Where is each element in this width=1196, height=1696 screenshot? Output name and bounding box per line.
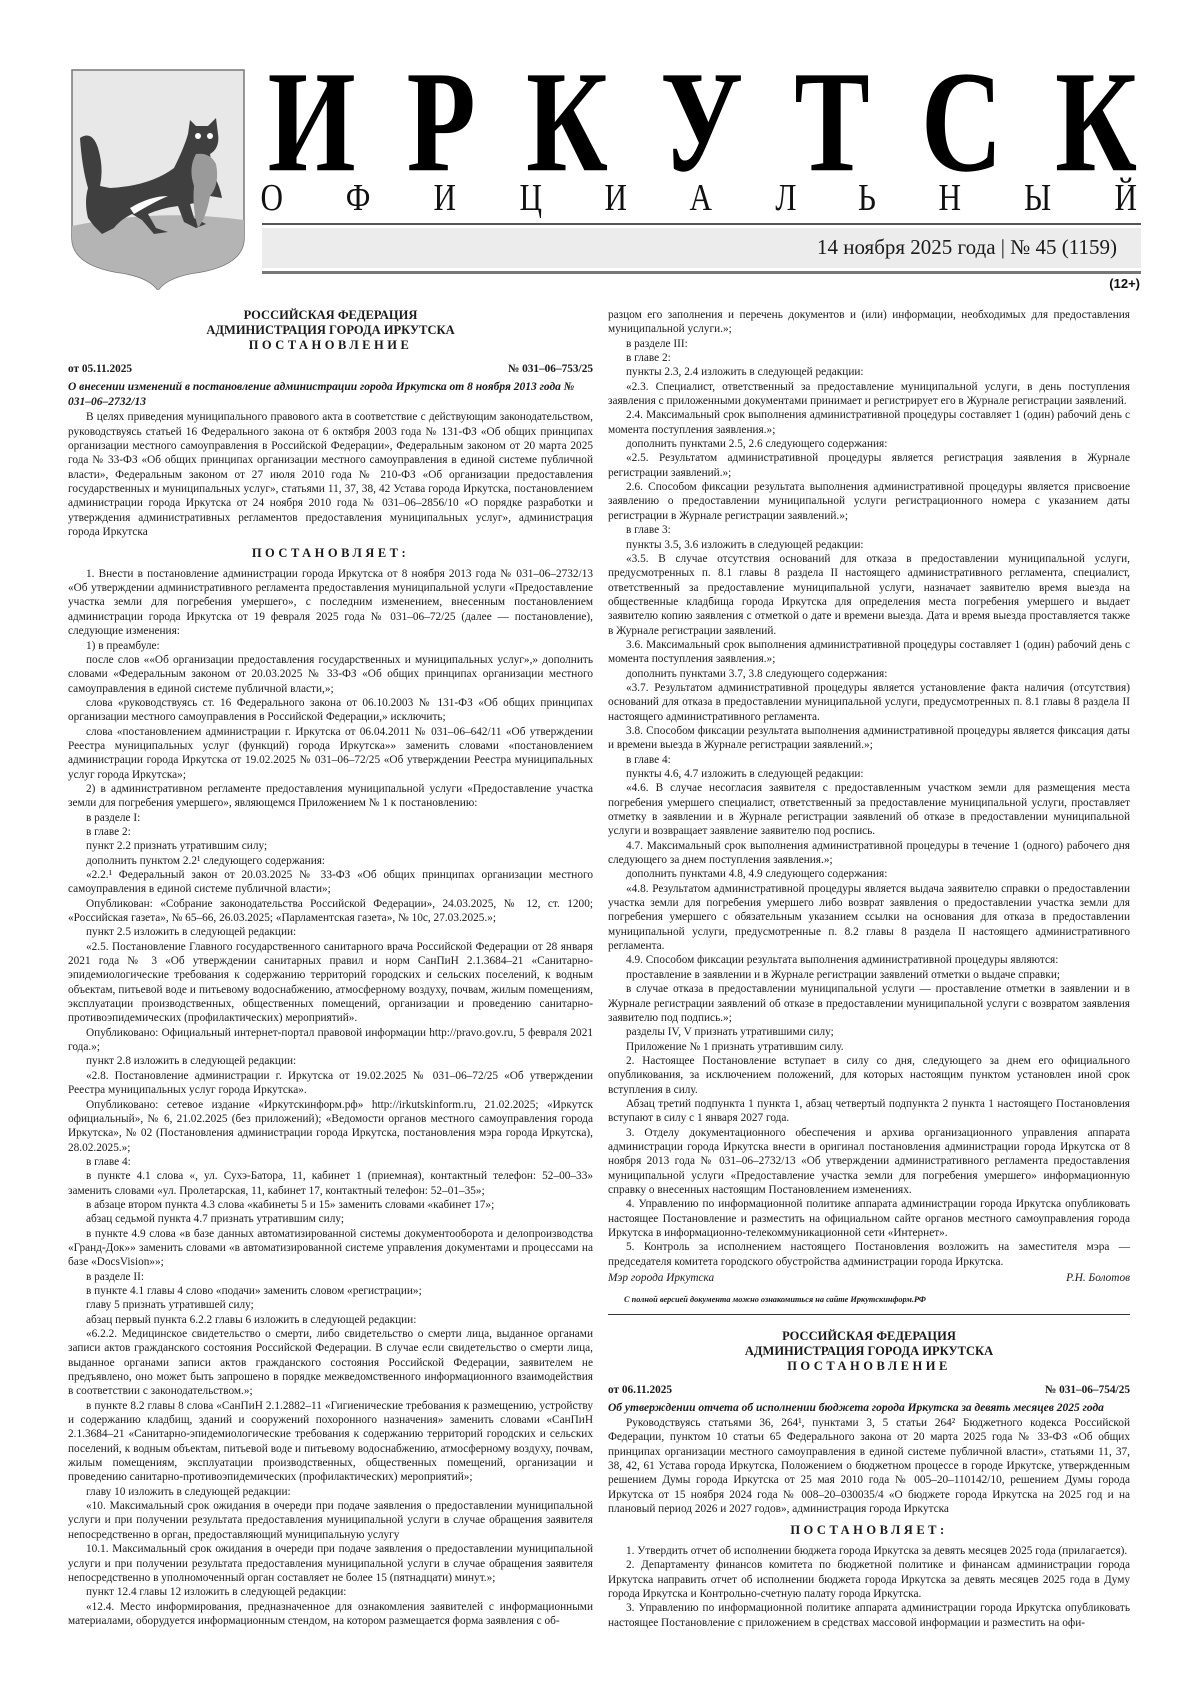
paragraph: разцом его заполнения и перечень докумен…	[608, 308, 1130, 337]
paragraph: в абзаце втором пункта 4.3 слова «кабине…	[68, 1198, 593, 1212]
paragraph: 3. Управлению по информационной политике…	[608, 1601, 1130, 1630]
paragraph: в пункте 4.1 слова «, ул. Сухэ-Батора, 1…	[68, 1169, 593, 1198]
paragraph: в разделе I:	[68, 811, 593, 825]
paragraph: в пункте 8.2 главы 8 слова «СанПиН 2.1.2…	[68, 1399, 593, 1485]
paragraph: 4.7. Максимальный срок выполнения админи…	[608, 839, 1130, 868]
doc2-meta: от 06.11.2025 № 031–06–754/25	[608, 1383, 1130, 1397]
doc1-preamble: В целях приведения муниципального правов…	[68, 410, 593, 539]
paragraph: главу 10 изложить в следующей редакции:	[68, 1485, 593, 1499]
paragraph: после слов ««Об организации предоставлен…	[68, 653, 593, 696]
paragraph: дополнить пунктами 4.8, 4.9 следующего с…	[608, 867, 1130, 881]
paragraph: 2.4. Максимальный срок выполнения админи…	[608, 408, 1130, 437]
paragraph: Опубликовано: сетевое издание «Иркутскин…	[68, 1098, 593, 1155]
paragraph: «2.2.¹ Федеральный закон от 20.03.2025 №…	[68, 868, 593, 897]
paragraph: 2. Настоящее Постановление вступает в си…	[608, 1054, 1130, 1097]
doc1-header: РОССИЙСКАЯ ФЕДЕРАЦИЯ АДМИНИСТРАЦИЯ ГОРОД…	[68, 308, 593, 353]
doc1-signature: Мэр города Иркутска Р.Н. Болотов	[608, 1271, 1130, 1285]
doc1-body-left: 1. Внести в постановление администрации …	[68, 567, 593, 1628]
age-rating: (12+)	[1109, 276, 1140, 291]
paragraph: 2. Департаменту финансов комитета по бюд…	[608, 1558, 1130, 1601]
paragraph: дополнить пунктом 2.2¹ следующего содерж…	[68, 854, 593, 868]
coat-of-arms-icon	[70, 68, 246, 290]
issue-band: 14 ноября 2025 года | № 45 (1159)	[262, 228, 1141, 268]
doc1-body-right: разцом его заполнения и перечень докумен…	[608, 308, 1130, 1269]
paragraph: «2.5. Постановление Главного государстве…	[68, 940, 593, 1026]
doc2-date: от 06.11.2025	[608, 1383, 672, 1397]
doc2-number: № 031–06–754/25	[1045, 1383, 1130, 1397]
header-rule-bottom	[262, 271, 1141, 274]
doc1-subject: О внесении изменений в постановление адм…	[68, 380, 593, 410]
doc2-body: 1. Утвердить отчет об исполнении бюджета…	[608, 1544, 1130, 1630]
doc2-header: РОССИЙСКАЯ ФЕДЕРАЦИЯ АДМИНИСТРАЦИЯ ГОРОД…	[608, 1329, 1130, 1374]
paragraph: пункт 2.5 изложить в следующей редакции:	[68, 925, 593, 939]
paragraph: «3.5. В случае отсутствия оснований для …	[608, 552, 1130, 638]
paragraph: пункты 2.3, 2.4 изложить в следующей ред…	[608, 365, 1130, 379]
paragraph: абзац первый пункта 6.2.2 главы 6 изложи…	[68, 1313, 593, 1327]
column-right: разцом его заполнения и перечень докумен…	[608, 308, 1130, 1630]
paragraph: пункты 4.6, 4.7 изложить в следующей ред…	[608, 767, 1130, 781]
paragraph: слова «руководствуясь ст. 16 Федеральног…	[68, 696, 593, 725]
paragraph: в пункте 4.9 слова «в базе данных автома…	[68, 1227, 593, 1270]
doc1-header-type: ПОСТАНОВЛЕНИЕ	[68, 338, 593, 353]
paragraph: «2.5. Результатом административной проце…	[608, 451, 1130, 480]
paragraph: пункт 2.8 изложить в следующей редакции:	[68, 1054, 593, 1068]
paragraph: в главе 2:	[608, 351, 1130, 365]
paragraph: в разделе III:	[608, 337, 1130, 351]
column-left: РОССИЙСКАЯ ФЕДЕРАЦИЯ АДМИНИСТРАЦИЯ ГОРОД…	[68, 308, 593, 1628]
doc2-header-country: РОССИЙСКАЯ ФЕДЕРАЦИЯ	[608, 1329, 1130, 1344]
paragraph: дополнить пунктами 2.5, 2.6 следующего с…	[608, 437, 1130, 451]
doc1-resolves: ПОСТАНОВЛЯЕТ:	[68, 546, 593, 560]
paragraph: Приложение № 1 признать утратившим силу.	[608, 1040, 1130, 1054]
paragraph: «2.3. Специалист, ответственный за предо…	[608, 380, 1130, 409]
header-rule-top	[262, 223, 1141, 225]
paragraph: Абзац третий подпункта 1 пункта 1, абзац…	[608, 1097, 1130, 1126]
paragraph: 1) в преамбуле:	[68, 639, 593, 653]
paragraph: 2) в административном регламенте предост…	[68, 782, 593, 811]
article-divider	[608, 1314, 1130, 1315]
full-version-note: С полной версией документа можно ознаком…	[624, 1293, 1130, 1307]
signature-role: Мэр города Иркутска	[608, 1271, 714, 1285]
paragraph: 1. Внести в постановление администрации …	[68, 567, 593, 639]
paragraph: пункт 2.2 признать утратившим силу;	[68, 839, 593, 853]
newspaper-title: ИРКУТСК	[258, 59, 1146, 185]
paragraph: в главе 4:	[608, 753, 1130, 767]
doc2-header-admin: АДМИНИСТРАЦИЯ ГОРОДА ИРКУТСКА	[608, 1344, 1130, 1359]
paragraph: 4.9. Способом фиксации результата выполн…	[608, 953, 1130, 967]
issue-date-number: 14 ноября 2025 года | № 45 (1159)	[817, 234, 1117, 260]
doc1-header-country: РОССИЙСКАЯ ФЕДЕРАЦИЯ	[68, 308, 593, 323]
paragraph: в главе 2:	[68, 825, 593, 839]
doc1-number: № 031–06–753/25	[508, 362, 593, 376]
doc2-preamble: Руководствуясь статьями 36, 264¹, пункта…	[608, 1416, 1130, 1516]
paragraph: слова «постановлением администрации г. И…	[68, 725, 593, 782]
paragraph: пункты 3.5, 3.6 изложить в следующей ред…	[608, 538, 1130, 552]
paragraph: 3.6. Максимальный срок выполнения админи…	[608, 638, 1130, 667]
paragraph: «2.8. Постановление администрации г. Ирк…	[68, 1069, 593, 1098]
paragraph: 3.8. Способом фиксации результата выполн…	[608, 724, 1130, 753]
doc1-header-admin: АДМИНИСТРАЦИЯ ГОРОДА ИРКУТСКА	[68, 323, 593, 338]
paragraph: абзац седьмой пункта 4.7 признать утрати…	[68, 1212, 593, 1226]
paragraph: «4.8. Результатом административной проце…	[608, 882, 1130, 954]
paragraph: проставление в заявлении и в Журнале рег…	[608, 968, 1130, 982]
paragraph: 5. Контроль за исполнением настоящего По…	[608, 1240, 1130, 1269]
doc2-subject: Об утверждении отчета об исполнении бюдж…	[608, 1401, 1130, 1416]
doc2-resolves: ПОСТАНОВЛЯЕТ:	[608, 1523, 1130, 1537]
paragraph: «3.7. Результатом административной проце…	[608, 681, 1130, 724]
paragraph: 10.1. Максимальный срок ожидания в очере…	[68, 1542, 593, 1585]
doc1-date: от 05.11.2025	[68, 362, 132, 376]
masthead: ИРКУТСК ОФИЦИАЛЬНЫЙ 14 ноября 2025 года …	[0, 0, 1196, 300]
paragraph: в пункте 4.1 главы 4 слово «подачи» заме…	[68, 1284, 593, 1298]
paragraph: разделы IV, V признать утратившими силу;	[608, 1025, 1130, 1039]
newspaper-subtitle: ОФИЦИАЛЬНЫЙ	[258, 178, 1140, 218]
paragraph: «4.6. В случае несогласия заявителя с пр…	[608, 781, 1130, 838]
paragraph: в случае отказа в предоставлении муницип…	[608, 982, 1130, 1025]
signature-name: Р.Н. Болотов	[1066, 1271, 1130, 1285]
doc2-header-type: ПОСТАНОВЛЕНИЕ	[608, 1359, 1130, 1374]
doc1-meta: от 05.11.2025 № 031–06–753/25	[68, 362, 593, 376]
paragraph: в главе 3:	[608, 523, 1130, 537]
paragraph: «10. Максимальный срок ожидания в очеред…	[68, 1499, 593, 1542]
paragraph: главу 5 признать утратившей силу;	[68, 1298, 593, 1312]
paragraph: в главе 4:	[68, 1155, 593, 1169]
paragraph: «6.2.2. Медицинское свидетельство о смер…	[68, 1327, 593, 1399]
paragraph: Опубликовано: Официальный интернет-порта…	[68, 1026, 593, 1055]
paragraph: 1. Утвердить отчет об исполнении бюджета…	[608, 1544, 1130, 1558]
paragraph: Опубликован: «Собрание законодательства …	[68, 897, 593, 926]
paragraph: дополнить пунктами 3.7, 3.8 следующего с…	[608, 667, 1130, 681]
paragraph: 2.6. Способом фиксации результата выполн…	[608, 480, 1130, 523]
paragraph: «12.4. Место информирования, предназначе…	[68, 1600, 593, 1629]
paragraph: пункт 12.4 главы 12 изложить в следующей…	[68, 1585, 593, 1599]
paragraph: 3. Отделу документационного обеспечения …	[608, 1126, 1130, 1198]
paragraph: 4. Управлению по информационной политике…	[608, 1197, 1130, 1240]
paragraph: в разделе II:	[68, 1270, 593, 1284]
